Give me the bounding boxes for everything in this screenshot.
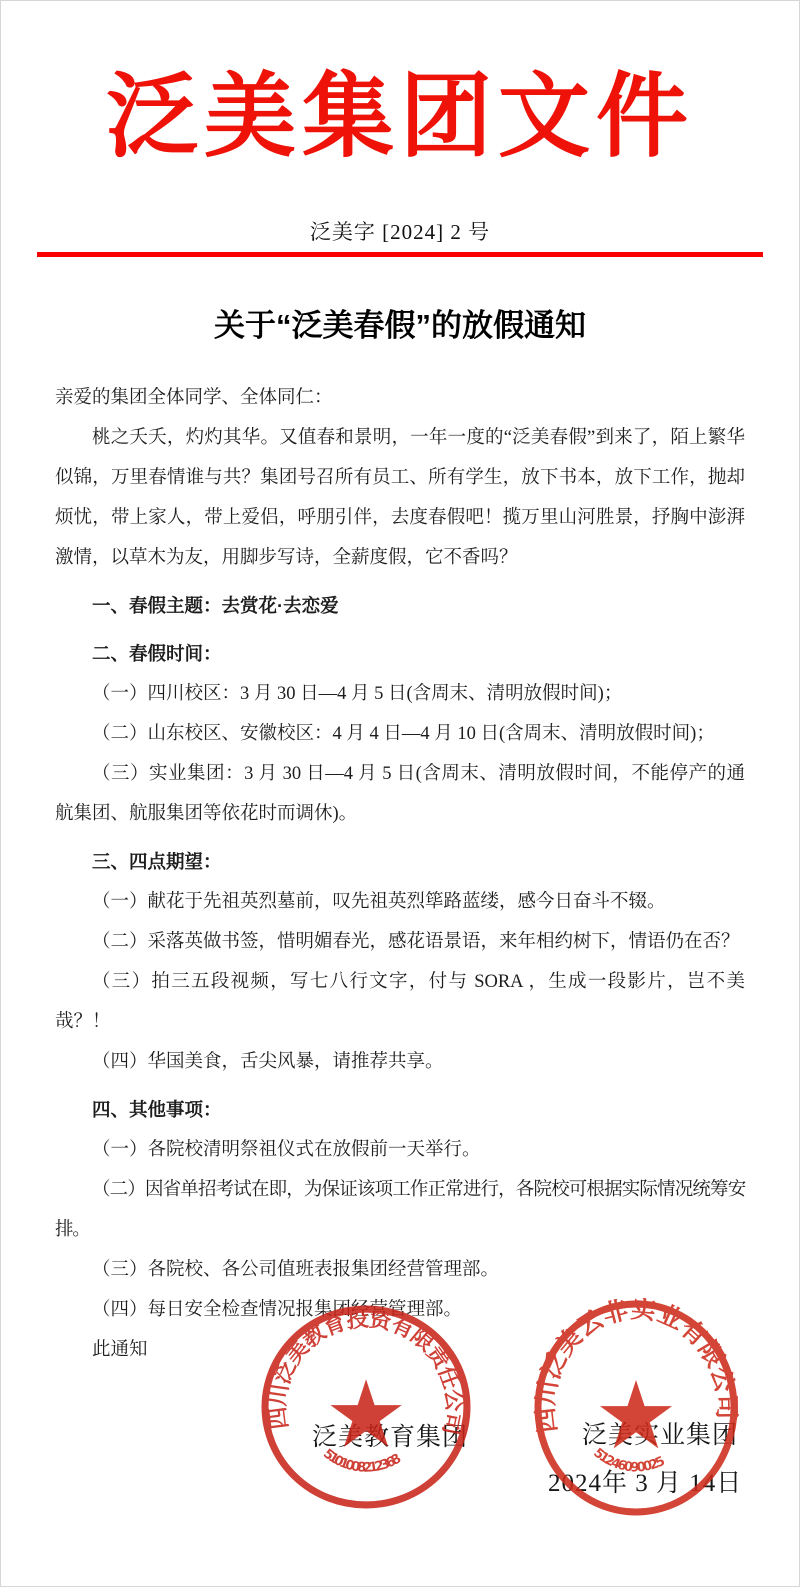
section-4-item-1: （一）各院校清明祭祖仪式在放假前一天举行。 (55, 1130, 745, 1170)
section-3-heading: 三、四点期望： (55, 842, 745, 882)
salutation: 亲爱的集团全体同学、全体同仁： (55, 378, 745, 418)
section-4-heading: 四、其他事项： (55, 1090, 745, 1130)
section-3-item-3: （三）拍三五段视频，写七八行文字，付与 SORA ，生成一段影片，岂不美哉？！ (55, 962, 745, 1042)
section-3-item-1: （一）献花于先祖英烈墓前，叹先祖英烈筚路蓝缕，感今日奋斗不辍。 (55, 882, 745, 922)
section-2-item-1: （一）四川校区：3 月 30 日—4 月 5 日(含周末、清明放假时间)； (55, 674, 745, 714)
section-3-item-4: （四）华国美食，舌尖风暴，请推荐共享。 (55, 1042, 745, 1082)
section-1-heading: 一、春假主题：去赏花·去恋爱 (55, 586, 745, 626)
red-divider-rule (37, 252, 763, 257)
section-4-item-2: （二）因省单招考试在即，为保证该项工作正常进行，各院校可根据实际情况统筹安排。 (55, 1170, 745, 1250)
intro-paragraph: 桃之夭夭，灼灼其华。又值春和景明，一年一度的“泛美春假”到来了，陌上繁华似锦，万… (55, 418, 745, 578)
section-4-item-3: （三）各院校、各公司值班表报集团经营管理部。 (55, 1250, 745, 1290)
left-company-seal: 四川泛美教育投资有限责任公司 ★ 5101008212368 (260, 1303, 472, 1511)
notice-title: 关于“泛美春假”的放假通知 (0, 300, 800, 345)
notice-body: 亲爱的集团全体同学、全体同仁： 桃之夭夭，灼灼其华。又值春和景明，一年一度的“泛… (55, 378, 745, 1370)
right-company-seal: 四川泛美云非实业有限公司 ★ 51246090025 (530, 1298, 742, 1518)
section-2-heading: 二、春假时间： (55, 634, 745, 674)
org-title: 泛美集团文件 (0, 58, 800, 178)
section-2-item-3: （三）实业集团：3 月 30 日—4 月 5 日(含周末、清明放假时间，不能停产… (55, 754, 745, 834)
doc-number: 泛美字 [2024] 2 号 (0, 216, 800, 246)
section-2-item-2: （二）山东校区、安徽校区：4 月 4 日—4 月 10 日(含周末、清明放假时间… (55, 714, 745, 754)
section-3-item-2: （二）采落英做书签，惜明媚春光，感花语景语，来年相约树下，情语仍在否？ (55, 922, 745, 962)
